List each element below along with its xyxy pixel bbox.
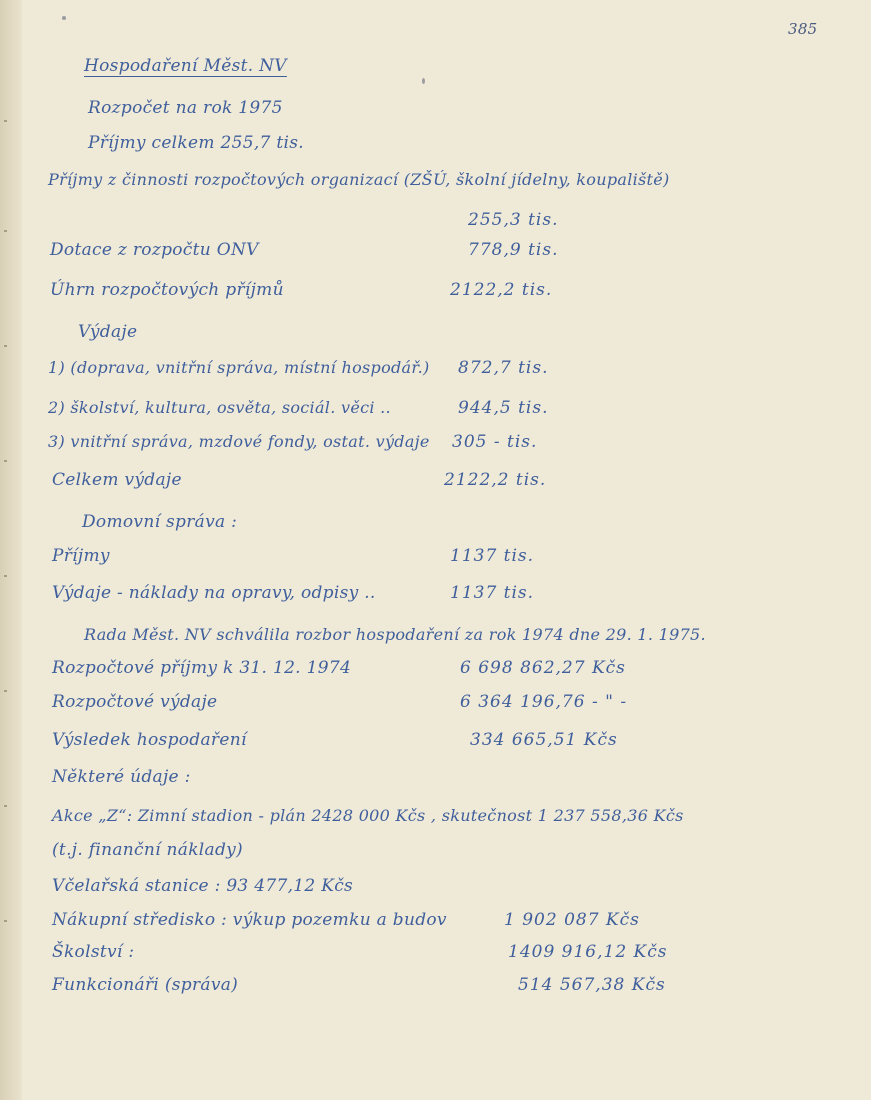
page-title: Hospodaření Měst. NV: [84, 56, 287, 76]
income-orgs-value: 255,3 tis.: [468, 210, 558, 230]
analysis-income-value: 6 698 862,27 Kčs: [460, 658, 626, 678]
shopping-label: Nákupní středisko : výkup pozemku a budo…: [52, 910, 447, 930]
income-total: Příjmy celkem 255,7 tis.: [88, 133, 304, 153]
income-orgs-label: Příjmy z činnosti rozpočtových organizac…: [48, 170, 670, 189]
expenses-total-value: 2122,2 tis.: [444, 470, 546, 490]
housing-heading: Domovní správa :: [82, 512, 237, 532]
officials-value: 514 567,38 Kčs: [518, 975, 666, 995]
analysis-statement: Rada Měst. NV schválila rozbor hospodaře…: [84, 625, 706, 644]
expenses-heading: Výdaje: [78, 322, 137, 342]
paper-speck: [62, 16, 66, 20]
expense-item-1-value: 872,7 tis.: [458, 358, 548, 378]
paper-speck: [422, 78, 425, 84]
housing-expense-label: Výdaje - náklady na opravy, odpisy ..: [52, 583, 376, 603]
analysis-expense-label: Rozpočtové výdaje: [52, 692, 217, 712]
housing-expense-value: 1137 tis.: [450, 583, 534, 603]
subsidy-value: 778,9 tis.: [468, 240, 558, 260]
total-income-label: Úhrn rozpočtových příjmů: [50, 280, 284, 300]
book-binding: [0, 0, 23, 1100]
total-income-value: 2122,2 tis.: [450, 280, 552, 300]
officials-label: Funkcionáři (správa): [52, 975, 238, 995]
school-value: 1409 916,12 Kčs: [508, 942, 668, 962]
subsidy-label: Dotace z rozpočtu ONV: [50, 240, 259, 260]
housing-income-value: 1137 tis.: [450, 546, 534, 566]
analysis-expense-value: 6 364 196,76 - " -: [460, 692, 627, 712]
budget-heading: Rozpočet na rok 1975: [88, 98, 283, 118]
beekeeping-line: Včelařská stanice : 93 477,12 Kčs: [52, 876, 353, 896]
school-label: Školství :: [52, 942, 134, 962]
expense-item-1-label: 1) (doprava, vnitřní správa, místní hosp…: [48, 358, 430, 377]
akce-z-note: (t.j. finanční náklady): [52, 840, 243, 860]
expenses-total-label: Celkem výdaje: [52, 470, 182, 490]
expense-item-3-label: 3) vnitřní správa, mzdové fondy, ostat. …: [48, 432, 430, 451]
analysis-income-label: Rozpočtové příjmy k 31. 12. 1974: [52, 658, 351, 678]
akce-z-line: Akce „Z“: Zimní stadion - plán 2428 000 …: [52, 806, 684, 825]
expense-item-2-label: 2) školství, kultura, osvěta, sociál. vě…: [48, 398, 391, 417]
details-heading: Některé údaje :: [52, 767, 191, 787]
ledger-page: 385 Hospodaření Měst. NV Rozpočet na rok…: [22, 0, 871, 1100]
analysis-result-label: Výsledek hospodaření: [52, 730, 247, 750]
housing-income-label: Příjmy: [52, 546, 110, 566]
analysis-result-value: 334 665,51 Kčs: [470, 730, 618, 750]
page-number: 385: [788, 20, 818, 38]
expense-item-2-value: 944,5 tis.: [458, 398, 548, 418]
shopping-value: 1 902 087 Kčs: [504, 910, 640, 930]
expense-item-3-value: 305 - tis.: [452, 432, 537, 452]
